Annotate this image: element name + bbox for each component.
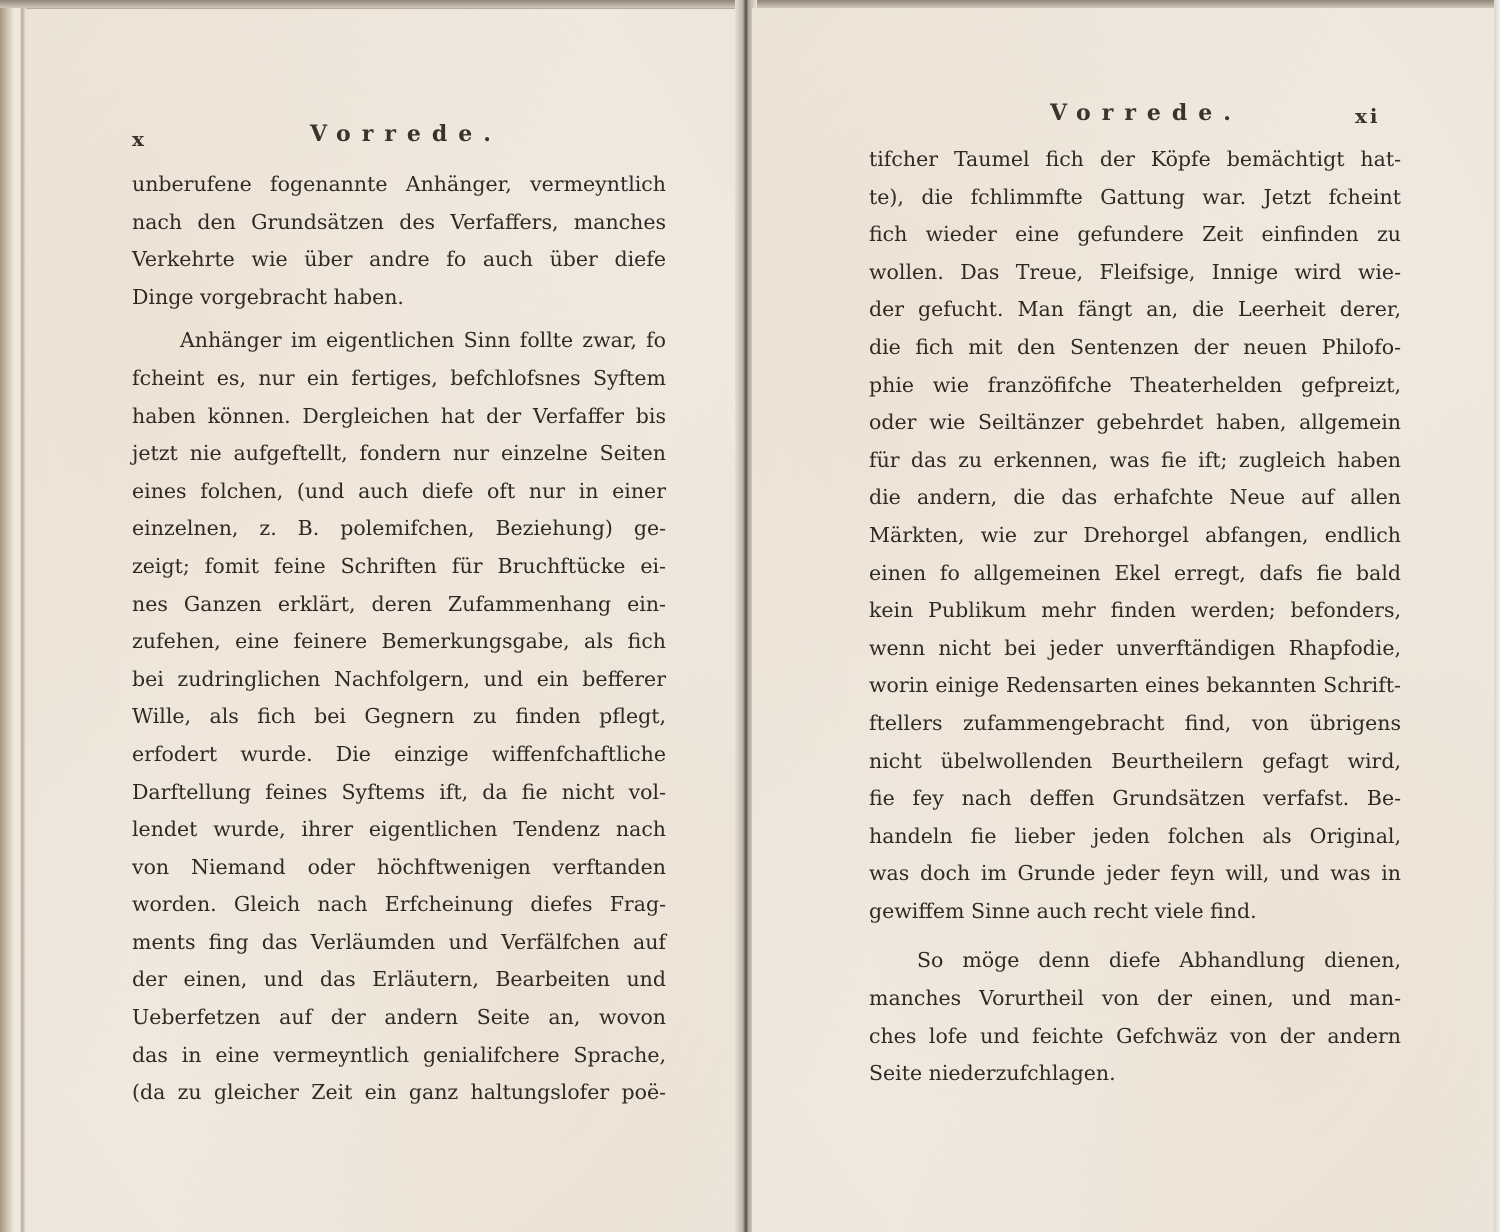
text-line: worin einige Redensarten eines bekannten… xyxy=(869,667,1401,705)
text-line: eines folchen, (und auch diefe oft nur i… xyxy=(132,473,666,511)
text-line: te), die fchlimmfte Gattung war. Jetzt f… xyxy=(869,179,1401,217)
text-line: manches Vorurtheil von der einen, und ma… xyxy=(869,980,1401,1018)
text-line: Märkten, wie zur Drehorgel abfangen, end… xyxy=(869,517,1401,555)
text-line: phie wie franzöfifche Theaterhelden gefp… xyxy=(869,367,1401,405)
text-line: ches lofe und feichte Gefchwäz von der a… xyxy=(869,1018,1401,1056)
text-line: oder wie Seiltänzer gebehrdet haben, all… xyxy=(869,404,1401,442)
book-spread: x Vorrede. unberufene fogenannte Anhänge… xyxy=(0,0,1500,1232)
text-line: zeigt; fomit feine Schriften für Bruchft… xyxy=(132,548,666,586)
text-line: worden. Gleich nach Erfcheinung diefes F… xyxy=(132,886,666,924)
text-line: für das zu erkennen, was fie ift; zuglei… xyxy=(869,442,1401,480)
text-line: nes Ganzen erklärt, deren Zufammenhang e… xyxy=(132,586,666,624)
page-number: xi xyxy=(1355,104,1381,128)
text-line: ments fing das Verläumden und Verfälfche… xyxy=(132,924,666,962)
text-line: tifcher Taumel fich der Köpfe bemächtigt… xyxy=(869,141,1401,179)
text-line: Verkehrte wie über andre fo auch über di… xyxy=(132,241,666,279)
left-page: x Vorrede. unberufene fogenannte Anhänge… xyxy=(26,8,741,1232)
text-line: wollen. Das Treue, Fleifsige, Innige wir… xyxy=(869,254,1401,292)
text-line: Darftellung feines Syftems ift, da fie n… xyxy=(132,774,666,812)
right-page: Vorrede. xi tifcher Taumel fich der Köpf… xyxy=(752,8,1499,1232)
text-line: fcheint es, nur ein fertiges, befchlofsn… xyxy=(132,360,666,398)
text-line: Anhänger im eigentlichen Sinn follte zwa… xyxy=(132,322,666,360)
text-line: lendet wurde, ihrer eigentlichen Tendenz… xyxy=(132,811,666,849)
text-line: Ueberfetzen auf der andern Seite an, wov… xyxy=(132,999,666,1037)
page-edge xyxy=(1494,0,1500,1232)
text-line: die fich mit den Sentenzen der neuen Phi… xyxy=(869,329,1401,367)
text-line: Seite niederzufchlagen. xyxy=(869,1055,1401,1093)
text-line: ftellers zufammengebracht find, von übri… xyxy=(869,705,1401,743)
left-page-text: unberufene fogenannte Anhänger, vermeynt… xyxy=(132,166,666,1112)
text-line: gewiffem Sinne auch recht viele find. xyxy=(869,893,1401,931)
text-line: was doch im Grunde jeder feyn will, und … xyxy=(869,855,1401,893)
text-line: jetzt nie aufgeftellt, fondern nur einze… xyxy=(132,435,666,473)
text-line: zufehen, eine feinere Bemerkungsgabe, al… xyxy=(132,623,666,661)
text-line: (da zu gleicher Zeit ein ganz haltungslo… xyxy=(132,1074,666,1112)
text-line: So möge denn diefe Abhandlung dienen, xyxy=(869,942,1401,980)
text-line: einen fo allgemeinen Ekel erregt, dafs f… xyxy=(869,555,1401,593)
text-line: fich wieder eine gefundere Zeit einfinde… xyxy=(869,216,1401,254)
text-line: wenn nicht bei jeder unverftändigen Rhap… xyxy=(869,630,1401,668)
text-line: der einen, und das Erläutern, Bearbeiten… xyxy=(132,961,666,999)
running-head: Vorrede. xyxy=(1050,100,1242,126)
text-line: Wille, als fich bei Gegnern zu finden pf… xyxy=(132,698,666,736)
text-line: die andern, die das erhafchte Neue auf a… xyxy=(869,479,1401,517)
text-line: handeln fie lieber jeden folchen als Ori… xyxy=(869,818,1401,856)
text-line: von Niemand oder höchftwenigen verftande… xyxy=(132,849,666,887)
text-line: Dinge vorgebracht haben. xyxy=(132,279,666,317)
text-line: fie fey nach deffen Grundsätzen verfafst… xyxy=(869,780,1401,818)
text-line: nicht übelwollenden Beurtheilern gefagt … xyxy=(869,743,1401,781)
text-line: haben können. Dergleichen hat der Verfaf… xyxy=(132,398,666,436)
text-line: erfodert wurde. Die einzige wiffenfchaft… xyxy=(132,736,666,774)
page-number: x xyxy=(132,127,144,151)
right-page-text: tifcher Taumel fich der Köpfe bemächtigt… xyxy=(869,141,1401,1093)
text-line: unberufene fogenannte Anhänger, vermeynt… xyxy=(132,166,666,204)
text-line: kein Publikum mehr finden werden; befond… xyxy=(869,592,1401,630)
running-head: Vorrede. xyxy=(310,121,502,147)
text-line: nach den Grundsätzen des Verfaffers, man… xyxy=(132,204,666,242)
text-line: einzelnen, z. B. polemifchen, Beziehung)… xyxy=(132,510,666,548)
text-line: der gefucht. Man fängt an, die Leerheit … xyxy=(869,291,1401,329)
text-line: bei zudringlichen Nachfolgern, und ein b… xyxy=(132,661,666,699)
text-line: das in eine vermeyntlich genialifchere S… xyxy=(132,1037,666,1075)
